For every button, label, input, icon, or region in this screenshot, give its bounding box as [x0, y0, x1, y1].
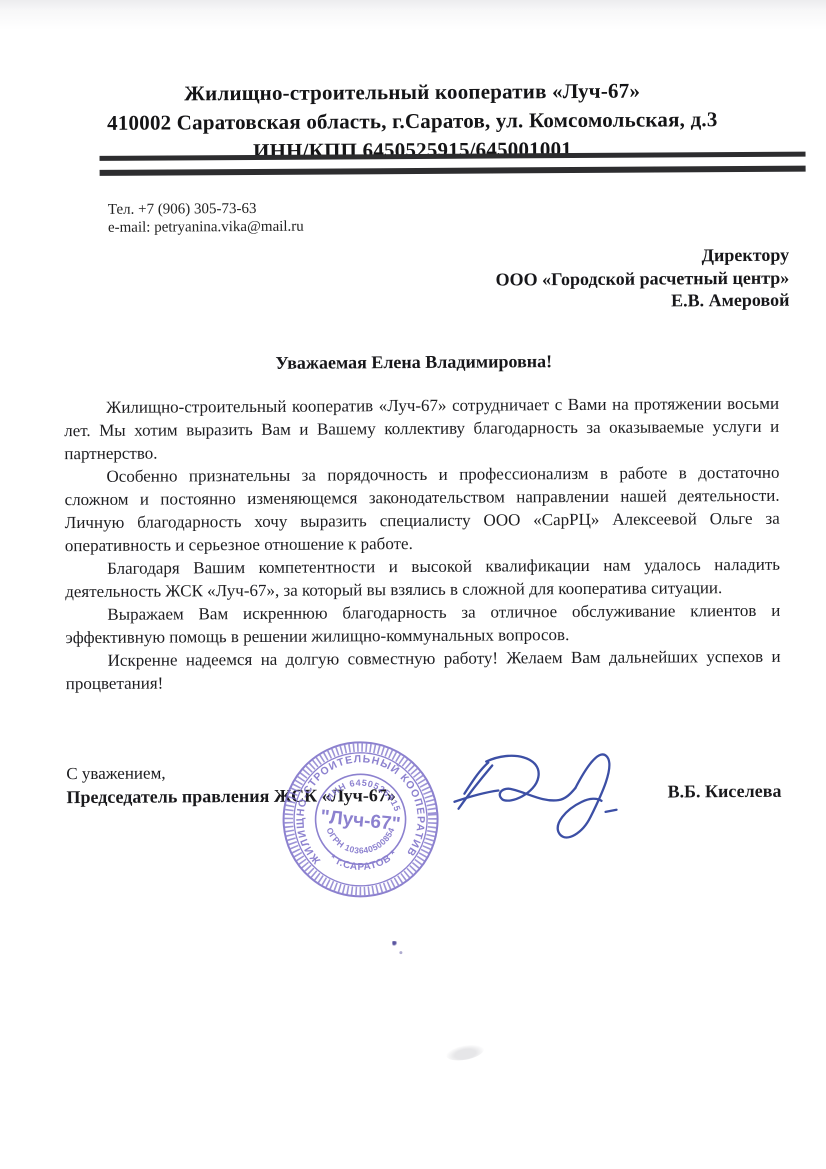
email-line: e-mail: petryanina.vika@mail.ru — [108, 218, 304, 237]
divider-line-bottom — [100, 166, 806, 176]
scanned-letter: { "letterhead": { "org_name": "Жилищно-с… — [0, 0, 826, 1169]
org-address: 410002 Саратовская область, г.Саратов, у… — [0, 104, 825, 138]
salutation: Уважаемая Елена Владимировна! — [1, 349, 826, 375]
round-stamp-icon: ЖИЛИЩНО-СТРОИТЕЛЬНЫЙ КООПЕРАТИВ * г.САРА… — [279, 738, 442, 901]
recipient-person: Е.В. Амеровой — [496, 289, 790, 313]
letter-page: Жилищно-строительный кооператив «Луч-67»… — [0, 0, 826, 1169]
letter-body: Жилищно-строительный кооператив «Луч-67»… — [64, 392, 781, 695]
paragraph-5: Искренне надеемся на долгую совместную р… — [66, 645, 781, 695]
contact-block: Тел. +7 (906) 305-73-63 e-mail: petryani… — [108, 200, 304, 237]
paragraph-4: Выражаем Вам искреннюю благодарность за … — [65, 599, 780, 649]
letterhead-divider — [100, 152, 806, 176]
recipient-company: ООО «Городской расчетный центр» — [496, 266, 790, 290]
recipient-role: Директору — [495, 244, 789, 268]
ink-speck-small — [399, 951, 402, 954]
scan-smudge — [445, 1042, 485, 1063]
ink-speck — [392, 941, 397, 946]
phone-line: Тел. +7 (906) 305-73-63 — [108, 200, 304, 219]
paragraph-2: Особенно признательны за порядочность и … — [64, 461, 780, 557]
paragraph-3: Благодаря Вашим компетентности и высокой… — [65, 553, 780, 603]
recipient-block: Директору ООО «Городской расчетный центр… — [495, 244, 789, 313]
paragraph-1: Жилищно-строительный кооператив «Луч-67»… — [64, 392, 779, 465]
handwritten-signature — [448, 741, 624, 847]
scan-content: Жилищно-строительный кооператив «Луч-67»… — [0, 0, 826, 1169]
signature-strokes — [454, 754, 617, 838]
signer-name: В.Б. Киселева — [668, 780, 782, 804]
